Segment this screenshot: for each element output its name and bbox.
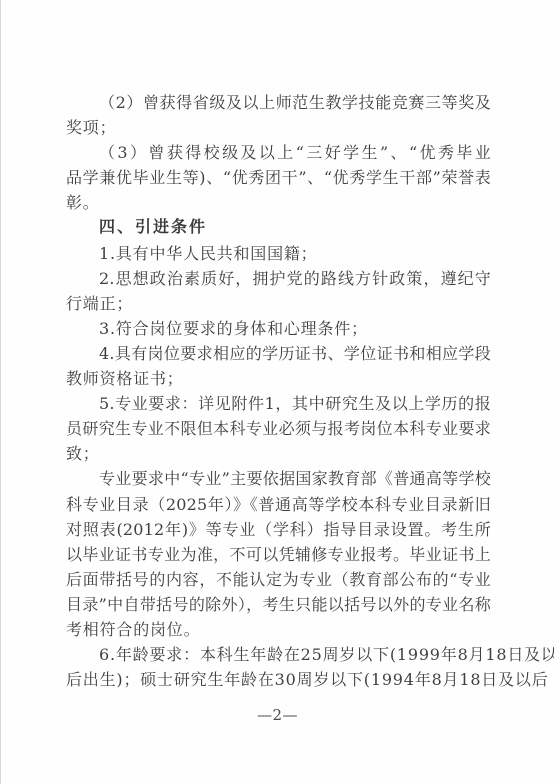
text-line: 5.专业要求：详见附件1，其中研究生及以上学历的报考人 xyxy=(66,391,491,416)
text-line: 专业要求中“专业”主要依据国家教育部《普通高等学校本 xyxy=(66,466,491,491)
text-line: 2.思想政治素质好，拥护党的路线方针政策，遵纪守法，品 xyxy=(66,266,491,291)
text-line: 对照表(2012年)》等专业（学科）指导目录设置。考生所学专业 xyxy=(66,517,491,542)
text-line: 教师资格证书； xyxy=(66,366,491,391)
text-line: 彰。 xyxy=(66,190,491,215)
text-line: 科专业目录（2025年）》《普通高等学校本科专业目录新旧专业 xyxy=(66,492,491,517)
text-line: 3.符合岗位要求的身体和心理条件； xyxy=(66,316,491,341)
section-heading: 四、引进条件 xyxy=(66,215,491,240)
text-line: 后面带括号的内容，不能认定为专业（教育部公布的“专业指导 xyxy=(66,567,491,592)
page-number: —2— xyxy=(1,703,554,728)
text-line: 员研究生专业不限但本科专业必须与报考岗位本科专业要求一 xyxy=(66,416,491,441)
text-line: 后出生)；硕士研究生年龄在30周岁以下(1994年8月18日及以后 xyxy=(66,667,491,692)
text-line: 品学兼优毕业生等)、“优秀团干”、“优秀学生干部”荣誉表 xyxy=(66,165,491,190)
text-line: 1.具有中华人民共和国国籍； xyxy=(66,241,491,266)
text-line: 行端正； xyxy=(66,291,491,316)
text-line: 以毕业证书专业为准，不可以凭辅修专业报考。毕业证书上专业 xyxy=(66,542,491,567)
text-line: 考相符合的岗位。 xyxy=(66,617,491,642)
text-line: （3）曾获得校级及以上“三好学生”、“优秀毕业生”（含 xyxy=(66,140,491,165)
text-line: （2）曾获得省级及以上师范生教学技能竞赛三等奖及以上 xyxy=(66,90,491,115)
text-line: 奖项； xyxy=(66,115,491,140)
text-line: 4.具有岗位要求相应的学历证书、学位证书和相应学段学科 xyxy=(66,341,491,366)
text-line: 6.年龄要求：本科生年龄在25周岁以下(1999年8月18日及以 xyxy=(66,642,491,667)
document-page: （2）曾获得省级及以上师范生教学技能竞赛三等奖及以上 奖项； （3）曾获得校级及… xyxy=(0,0,554,784)
text-line: 致； xyxy=(66,441,491,466)
document-body: （2）曾获得省级及以上师范生教学技能竞赛三等奖及以上 奖项； （3）曾获得校级及… xyxy=(66,90,491,692)
text-line: 目录”中自带括号的除外），考生只能以括号以外的专业名称报 xyxy=(66,592,491,617)
